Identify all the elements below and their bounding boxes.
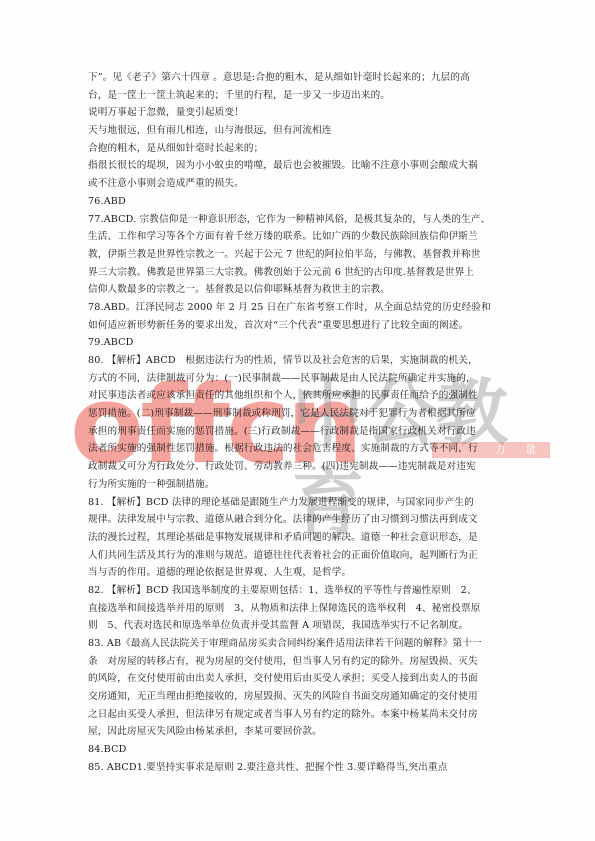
text-line: 法的漫长过程，其理论基础是事物发展规律和矛盾问题的解决。道德一种社会意识形态，是 [88, 529, 518, 547]
text-line: 82. 【解析】BCD 我国选举制度的主要原则包括：1、选举权的平等性与普遍性原… [88, 582, 518, 600]
text-line: 77.ABCD. 宗教信仰是一种意识形态，它作为一种精神风俗，是极其复杂的，与人… [88, 211, 518, 229]
text-line: 直接选举和间接选举并用的原则 3、从物质和法律上保障选民的选举权利 4、秘密投票… [88, 600, 518, 618]
text-line: 81. 【解析】BCD 法律的理论基础是跟随生产力发展进程渐变的规律，与国家同步… [88, 494, 518, 512]
text-line: 指很长很长的堤坝，因为小小蚁虫的啃噬，最后也会被摧毁。比喻不注意小事则会酿成大祸 [88, 157, 518, 175]
text-line: 下”。见《老子》第六十四章 。意思是:合抱的粗木，是从细如针毫时长起来的；九层的… [88, 69, 518, 87]
answer-key-text: 下”。见《老子》第六十四章 。意思是:合抱的粗木，是从细如针毫时长起来的；九层的… [88, 69, 518, 777]
text-line: 条 对房屋的转移占有，视为房屋的交付使用，但当事人另有约定的除外。房屋毁损、灭失 [88, 653, 518, 671]
text-line: 当与否的作用。道德的理论依据是世界观、人生观，是哲学。 [88, 564, 518, 582]
text-line: 的风险，在交付使用前由出卖人承担，交付使用后由买受人承担；买受人接到出卖人的书面 [88, 670, 518, 688]
text-line: 合抱的粗木，是从细如针毫时长起来的； [88, 140, 518, 158]
text-line: 76.ABD [88, 193, 518, 211]
text-line: 法者所实施的强制性惩罚措施。根据行政违法的社会危害程度、实施制裁的方式等不同，行 [88, 440, 518, 458]
text-line: 教，伊斯兰教是世界性宗教之一。兴起于公元 7 世纪的阿拉伯半岛，与佛教、基督教并… [88, 246, 518, 264]
text-line: 交房通知，无正当理由拒绝接收的，房屋毁损、灭失的风险自书面交房通知确定的交付使用 [88, 688, 518, 706]
text-line: 天与地很远，但有雨儿相连，山与海很远，但有河流相连 [88, 122, 518, 140]
text-line: 说明万事起于忽微，量变引起质变！ [88, 104, 518, 122]
text-line: 80. 【解析】ABCD 根据违法行为的性质，情节以及社会危害的后果，实施制裁的… [88, 352, 518, 370]
text-line: 对民事违法者或应该承担责任的其他组织和个人，依其所应承担的民事责任而给予的强制性 [88, 387, 518, 405]
text-line: 或不注意小事则会造成严重的损失。 [88, 175, 518, 193]
text-line: 84.BCD [88, 741, 518, 759]
text-line: 惩罚措施。(二)刑事制裁——刑事制裁或称刑罚，它是人民法院对于犯罪行为者根据其所… [88, 405, 518, 423]
text-line: 生活、工作和学习等各个方面有着千丝万缕的联系。比如广西的少数民族除回族信仰伊斯兰 [88, 228, 518, 246]
text-line: 台，是一筐土一筐土筑起来的；千里的行程，是一步又一步迈出来的。 [88, 87, 518, 105]
text-line: 方式的不同，法律制裁可分为：(一)民事制裁——民事制裁是由人民法院所确定并实施的… [88, 370, 518, 388]
text-line: 规律。法律发展中与宗教、道德从融合到分化。法律的产生经历了由习惯到习惯法再到成文 [88, 511, 518, 529]
text-line: 信仰人数最多的宗教之一。基督教是以信仰耶稣基督为救世主的宗教。 [88, 281, 518, 299]
text-line: 79.ABCD [88, 334, 518, 352]
text-line: 之日起由买受人承担，但法律另有规定或者当事人另有约定的除外。本案中杨某尚未交付房 [88, 706, 518, 724]
document-page: offcn 中公教育 力 量 下”。见《老子》第六十四章 。意思是:合抱的粗木，… [0, 0, 595, 841]
text-line: 78.ABD。江泽民同志 2000 年 2 月 25 日在广东省考察工作时，从全… [88, 299, 518, 317]
text-line: 政制裁又可分为行政处分、行政处罚、劳动教养三种。(四)违宪制裁——违宪制裁是对违… [88, 458, 518, 476]
text-line: 83. AB《最高人民法院关于审理商品房买卖合同纠纷案件适用法律若干问题的解释》… [88, 635, 518, 653]
text-line: 界三大宗教。佛教是世界第三大宗教。佛教创始于公元前 6 世纪的古印度.基督教是世… [88, 264, 518, 282]
text-line: 人们共同生活及其行为的准则与规范。道德往往代表着社会的正面价值取向，起判断行为正 [88, 547, 518, 565]
text-line: 屋，因此房屋灭失风险由杨某承担，李某可要回价款。 [88, 723, 518, 741]
text-line: 则 5、代表对选民和原选举单位负责并受其监督 A 项错误，我国选举实行不记名制度… [88, 617, 518, 635]
text-line: 如何适应新形势新任务的要求出发，首次对“三个代表”重要思想进行了比较全面的阐述。 [88, 317, 518, 335]
text-line: 85. ABCD1.要坚持实事求是原则 2.要注意共性、把握个性 3.要详略得当… [88, 759, 518, 777]
text-line: 承担的刑事责任而实施的惩罚措施。(三)行政制裁——行政制裁是指国家行政机关对行政… [88, 423, 518, 441]
text-line: 行为所实施的一种强制措施。 [88, 476, 518, 494]
